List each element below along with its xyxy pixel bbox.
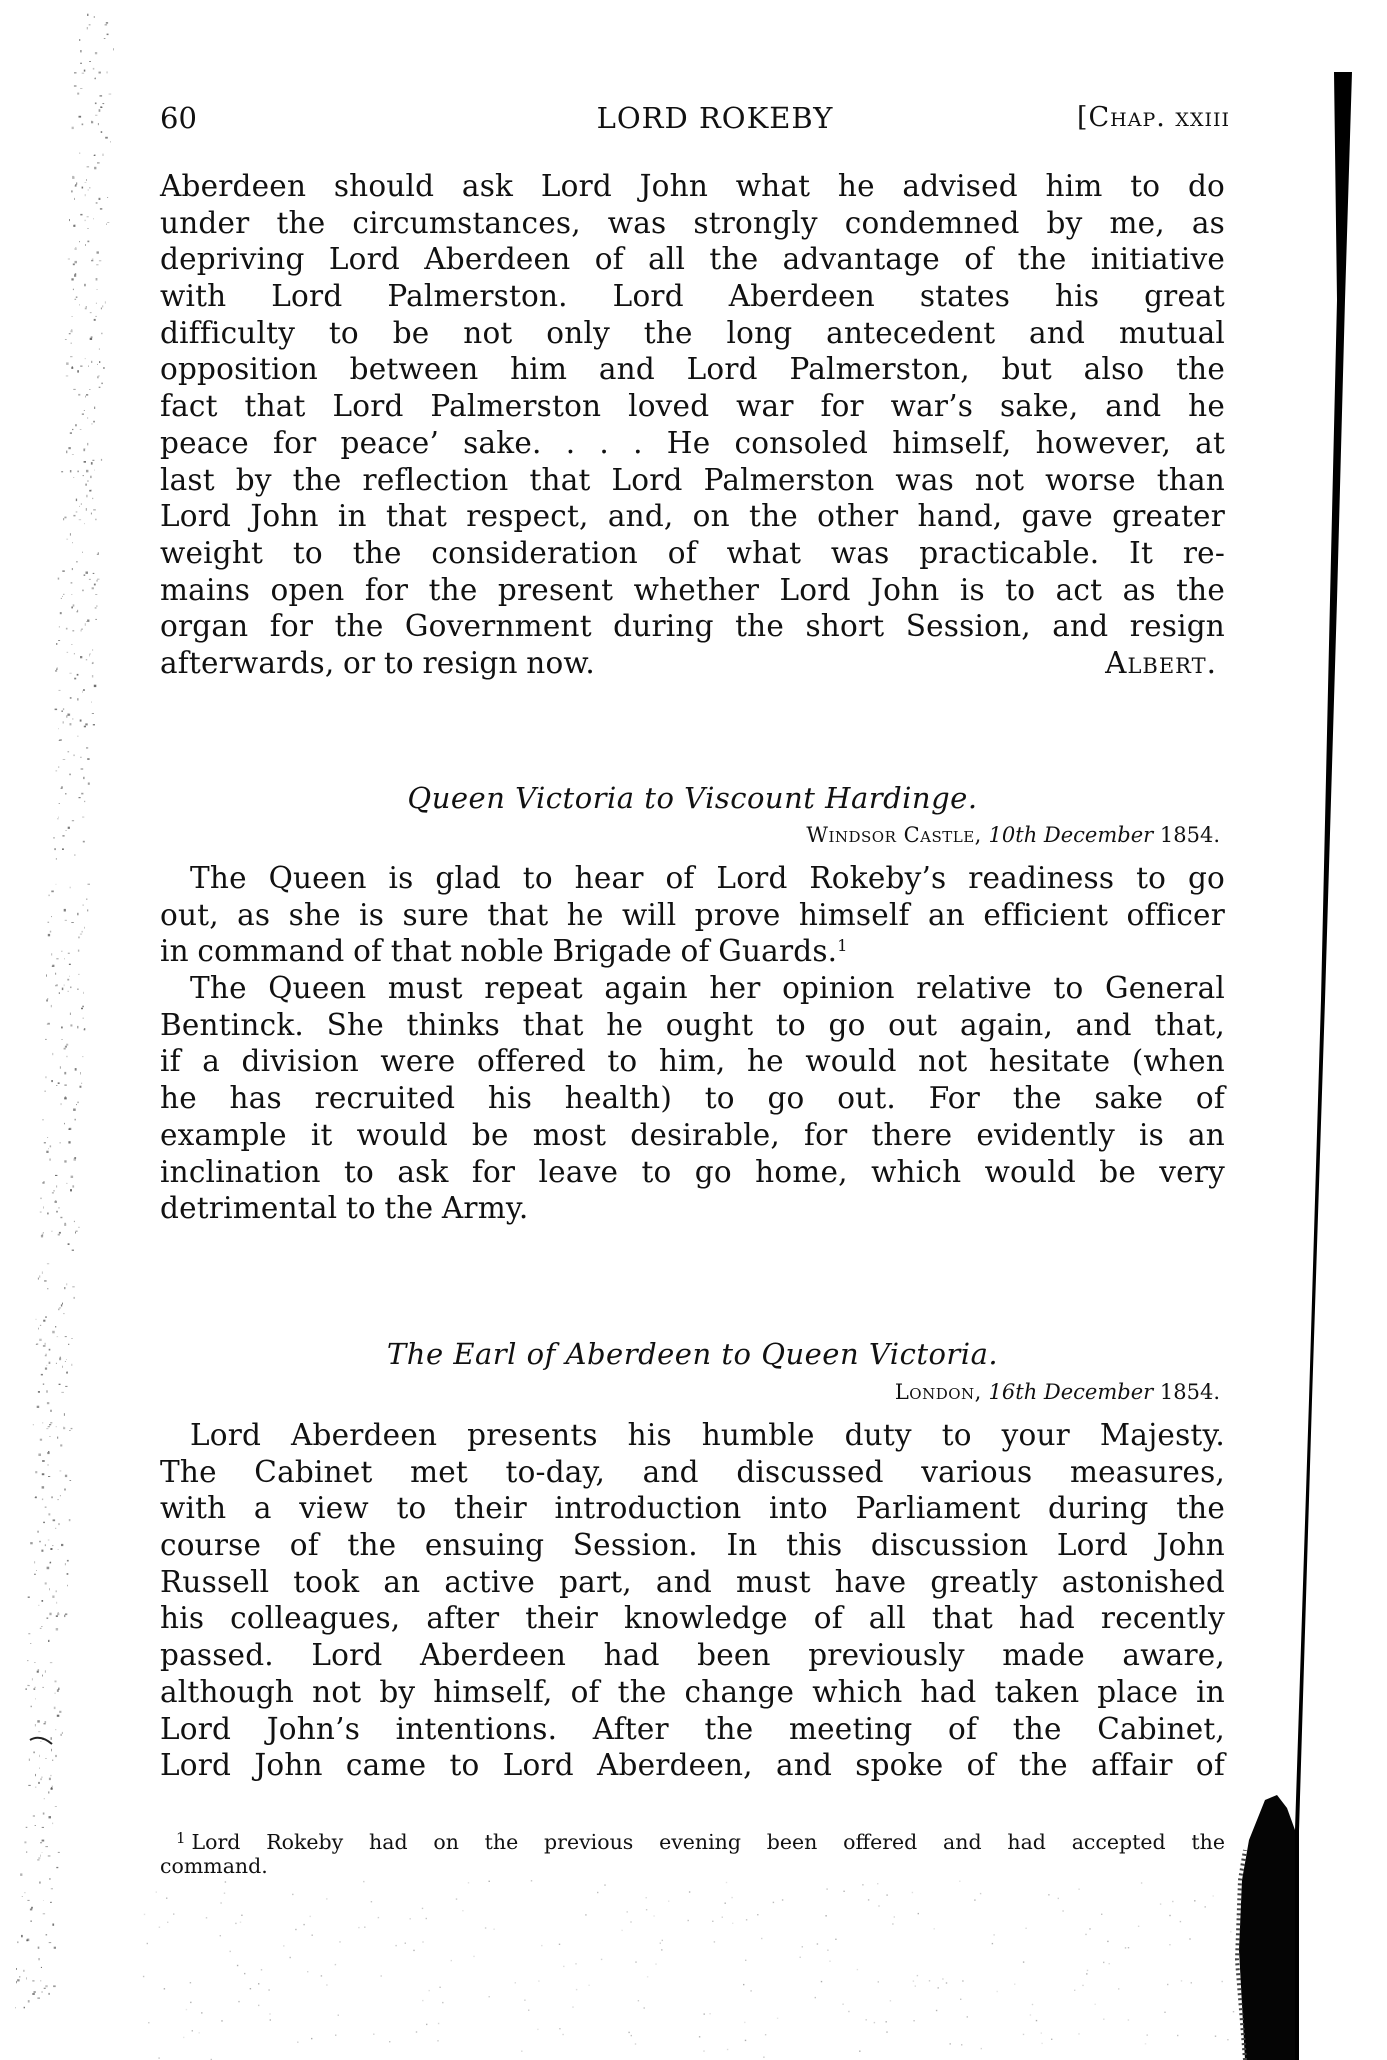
letter-body: Lord Aberdeen presents his humble duty t… [160, 1417, 1225, 1784]
text-line: Bentinck. She thinks that he ought to go… [160, 1007, 1225, 1044]
text-line: under the circumstances, was strongly co… [160, 205, 1225, 242]
text-line: detrimental to the Army. [160, 1190, 1225, 1227]
text-line: peace for peace’ sake. . . . He consoled… [160, 425, 1225, 462]
dateline-month: December [1044, 1380, 1153, 1404]
text-line: opposition between him and Lord Palmerst… [160, 351, 1225, 388]
text-line: Russell took an active part, and must ha… [160, 1564, 1225, 1601]
text-line: if a division were offered to him, he wo… [160, 1043, 1225, 1080]
text-line: difficulty to be not only the long antec… [160, 315, 1225, 352]
text-line: out, as she is sure that he will prove h… [160, 897, 1225, 934]
text-line: last by the reflection that Lord Palmers… [160, 462, 1225, 499]
text-line: weight to the consideration of what was … [160, 535, 1225, 572]
letter-dateline: Windsor Castle, 10th December 1854. [160, 820, 1220, 850]
running-head: 60 LORD ROKEBY [Chap. xxiii [160, 98, 1230, 138]
dateline-day: 16th [989, 1380, 1038, 1404]
dateline-day: 10th [989, 823, 1038, 847]
text-line: Lord Aberdeen presents his humble duty t… [160, 1417, 1225, 1454]
book-page: 60 LORD ROKEBY [Chap. xxiii Aberdeen sho… [0, 0, 1387, 2060]
signature: Albert. [1105, 645, 1225, 682]
text-line: The Queen is glad to hear of Lord Rokeby… [160, 860, 1225, 897]
text-line: The Cabinet met to-day, and discussed va… [160, 1454, 1225, 1491]
text-line: organ for the Government during the shor… [160, 608, 1225, 645]
footnote-line: 1Lord Rokeby had on the previous evening… [160, 1826, 1225, 1854]
text-line: Lord John’s intentions. After the meetin… [160, 1711, 1225, 1748]
text-line: fact that Lord Palmerston loved war for … [160, 388, 1225, 425]
running-title: LORD ROKEBY [160, 98, 1230, 138]
text-line: inclination to ask for leave to go home,… [160, 1154, 1225, 1191]
text-line: his colleagues, after their knowledge of… [160, 1600, 1225, 1637]
chapter-marker: [Chap. xxiii [1077, 98, 1230, 138]
continued-letter-body: Aberdeen should ask Lord John what he ad… [160, 168, 1225, 682]
text-fragment: in command of that noble Brigade of Guar… [160, 934, 837, 968]
text-line: in command of that noble Brigade of Guar… [160, 933, 1225, 970]
letter-heading: Queen Victoria to Viscount Hardinge. [160, 778, 1225, 818]
text-line: example it would be most desirable, for … [160, 1117, 1225, 1154]
scan-noise-left-margin [0, 0, 140, 2060]
letter-heading: The Earl of Aberdeen to Queen Victoria. [160, 1334, 1225, 1374]
text-line: with Lord Palmerston. Lord Aberdeen stat… [160, 278, 1225, 315]
text-line: Lord John in that respect, and, on the o… [160, 498, 1225, 535]
text-line: Lord John came to Lord Aberdeen, and spo… [160, 1747, 1225, 1784]
footnote-reference[interactable]: 1 [837, 936, 847, 955]
text-line-with-signature: afterwards, or to resign now. Albert. [160, 645, 1225, 682]
text-line: mains open for the present whether Lord … [160, 572, 1225, 609]
text-line: passed. Lord Aberdeen had been previousl… [160, 1637, 1225, 1674]
scan-noise-bottom [140, 1880, 1240, 2060]
text-line: with a view to their introduction into P… [160, 1490, 1225, 1527]
text-line: Aberdeen should ask Lord John what he ad… [160, 168, 1225, 205]
dateline-place: London, [895, 1380, 982, 1404]
footnote: 1Lord Rokeby had on the previous evening… [160, 1826, 1225, 1878]
footnote-text: Lord Rokeby had on the previous evening … [192, 1830, 1225, 1854]
footnote-line: command. [160, 1854, 1225, 1878]
dateline-year: 1854. [1160, 823, 1220, 847]
letter-body: The Queen is glad to hear of Lord Rokeby… [160, 860, 1225, 1227]
text-line: although not by himself, of the change w… [160, 1674, 1225, 1711]
text-line: depriving Lord Aberdeen of all the advan… [160, 241, 1225, 278]
text-line: course of the ensuing Session. In this d… [160, 1527, 1225, 1564]
dateline-place: Windsor Castle, [806, 823, 981, 847]
text-line: he has recruited his health) to go out. … [160, 1080, 1225, 1117]
dateline-month: December [1044, 823, 1153, 847]
dateline-year: 1854. [1160, 1380, 1220, 1404]
letter-dateline: London, 16th December 1854. [160, 1377, 1220, 1407]
footnote-marker: 1 [176, 1829, 186, 1847]
text-fragment: afterwards, or to resign now. [160, 645, 595, 682]
text-line: The Queen must repeat again her opinion … [160, 970, 1225, 1007]
